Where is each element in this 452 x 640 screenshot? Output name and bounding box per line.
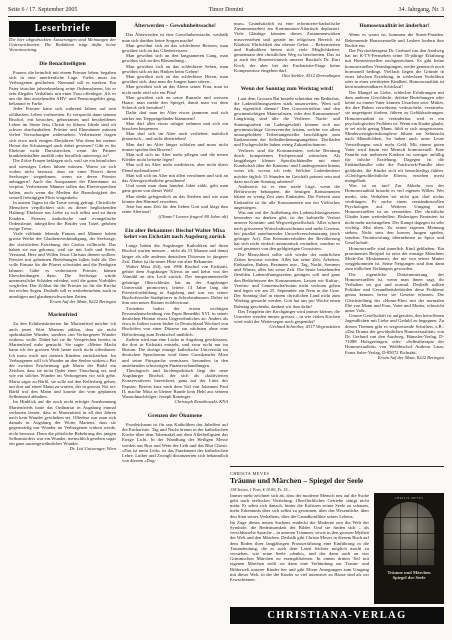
paragraph: Man soll sich im Alter mit allen versöhn… [122,173,228,183]
paragraph: Das Älterwerden ist eine Gewohnheitssach… [122,32,228,42]
book-advertisement: CHRISTA MEVES Träume und Märchen – Spieg… [230,466,444,624]
article-grenzen-continuation: mus». Grundsätzlich ist eine reformierte… [234,21,340,78]
paragraph: Was ist zu tun? Zur Abkehr von der Homos… [345,183,444,245]
article-body: Laut dem Grossen Rat besteht scheinbar e… [234,96,340,325]
article-signature: ((Name? Lenore fragen! 80 Jahre alt) [122,214,228,219]
article-body: Fronleichnam ist für uns Katholiken das … [122,422,228,464]
column-3: mus». Grundsätzlich ist eine reformierte… [234,21,340,462]
paragraph: Die eigentliche Diskriminierung der Homo… [345,272,444,314]
article-grenzen-der-oekumene: Grenzen der Ökumene Fronleichnam ist für… [122,413,228,464]
paragraph: Man gewöhnt sich an das schlechtere Sehe… [122,64,228,74]
editorial-disclaimer: Die hier abgedruckten Äusserungen sind M… [9,37,116,53]
article-body: Lange haben die Augsburger Katholiken au… [122,243,228,399]
article-signature: Erwin Auf der Maur, 8222 Beringen [9,299,116,304]
article-heading: Die Benachteiligten [11,61,114,67]
article-heading: Grenzen der Ökumene [124,413,226,419]
paragraph: Und wenn man dann hundert Jahre zählt, g… [122,183,228,193]
article-signature: Christoph Renzikowski, KNA [122,399,228,404]
article-body: Das Älterwerden ist eine Gewohnheitssach… [122,32,228,214]
column-1: Leserbriefe Die hier abgedruckten Äusser… [9,21,116,635]
paragraph: Man gewöhnt sich an den langsameren Gang… [122,53,228,63]
article-marienfried: Marienfried Zu den Echtheitskriterien fü… [9,312,116,451]
article-heading: Ein alter Bekannter: Bischof Walter Mixa… [124,228,226,241]
article-body: mus». Grundsätzlich ist eine reformierte… [234,21,340,73]
paragraph: Jetzt hat man Zeit für den lieben Gott u… [122,204,228,214]
paragraph: Man gewöhnt sich an das schlechtere Beis… [122,43,228,53]
ad-book-details: 138 Seiten, 1 Foto, € 10.80, Fr. 15.– [230,487,444,492]
paragraph: mus». Grundsätzlich ist eine reformierte… [234,21,340,73]
article-body: Frauen, die heimlich mit einem Priester … [9,70,116,299]
paragraph: Verlierer sind die Konsumenten, welche B… [234,148,340,184]
paragraph: Walter Mixa (64), seit 1996 Bischof von … [122,264,228,306]
book-cover-image: CHRISTA MEVES Träume und Märchen Spiegel… [374,493,444,604]
article-die-benachteiligten: Die Benachteiligten Frauen, die heimlich… [9,61,116,304]
paragraph: Theologisch und kirchenpolitisch liegt d… [122,368,228,399]
article-body: Zu den Echtheitskriterien für Marienfrie… [9,321,116,446]
section-title-leserbriefe: Leserbriefe [9,21,116,37]
publisher-banner: CHRISTIANA-VERLAG [230,607,444,624]
article-signature: Dr. Lisl Gutwenger, Wien [9,446,116,451]
cover-author-text: CHRISTA MEVES [374,493,444,500]
masthead-title: Timor Domini [0,7,452,14]
article-heading: Älterwerden – Gewohnheitssache! [124,23,226,29]
paragraph: Man soll im Alter mehr meditieren, aber … [122,162,228,172]
paragraph: Man denkt gelegentlich an das Sterben un… [122,194,228,204]
paragraph: Dafür darf man im Alter etwas jammern un… [122,110,228,120]
paragraph: Laut dem Grossen Rat besteht scheinbar e… [234,96,340,148]
paragraph: Man darf alles etwas ruhiger nehmen und … [122,121,228,131]
paragraph: Man darf sich im Alter auch verlieben, n… [122,131,228,141]
paragraph: Zu den Echtheitskriterien für Marienfrie… [9,321,116,399]
paragraph: Viele zölibatär lebende Frauen und Männe… [9,231,116,299]
article-homosexualitaet: Homosexualität ist änderbar! Wenn es war… [345,23,444,360]
issue-number: 34. Jahrgang, Nr. 3 [398,7,444,14]
paragraph: Im Hinblick auf die noch nicht erfolgte … [9,399,116,446]
ad-book-title: Träume und Märchen – Spiegel der Seele [230,477,444,485]
paragraph: Lange haben die Augsburger Katholiken au… [122,243,228,264]
paragraph: Anderseits ist es eine totale Lüge, wenn… [234,184,340,210]
paragraph: Man gewöhnt sich an das schlechtere Höre… [122,74,228,84]
article-sonntag-werktag: Wenn der Sonntag zum Werktag wird! Laut … [234,86,340,329]
cover-title-line2: Spiegel der Seele [374,575,444,580]
paragraph: In unsern Tagen ist die Treue wenig gefr… [9,200,116,231]
paragraph: Trotzdem haftet der ersten wichtigen Per… [122,306,228,337]
paragraph: Der Psychotherapeut Dr. Gerhard van den … [345,48,444,90]
article-heading: Homosexualität ist änderbar! [347,23,442,29]
paragraph: Die Zöfra-Frauen beklagen sich, weil sie… [9,158,116,200]
paragraph: Das Trüpplein der Kirchgänger wird immer… [234,309,340,325]
paragraph: Jeder Priester kann sich während Jahren … [9,106,116,158]
paragraph: Wenn es warm ist, kommen die Street-Para… [345,32,444,48]
paragraph: Zudem wird nun eine Lücke in Augsburg ge… [122,337,228,368]
article-aelterwerden: Älterwerden – Gewohnheitssache! Das Älte… [122,23,228,220]
paragraph: Fronleichnam ist für uns Katholiken das … [122,422,228,464]
article-heading: Marienfried [11,312,114,318]
paragraph: Die Menschheit sollte sich wieder der na… [234,252,340,309]
article-signature: Erwin Auf der Maur, 8222 Beringen [345,355,444,360]
paragraph: Man soll sich im Alter mehr pflegen und … [122,152,228,162]
article-signature: Otto Stebler, 4512 Derendingen [234,73,340,78]
newspaper-page: { "colors": { "paper": "#faf9f5", "ink":… [0,0,452,640]
paragraph: Man gewöhnt sich an das Altern seiner Fr… [122,84,228,94]
paragraph: Unsere Gesellschaft ist aufgerufen, den … [345,313,444,355]
column-4: Homosexualität ist änderbar! Wenn es war… [345,21,444,464]
cover-title-text: Träume und Märchen Spiegel der Seele [374,570,444,581]
stained-glass-window-graphic [383,502,435,566]
paragraph: Man gewöhnt sich an seine Runzeln und we… [122,95,228,111]
paragraph: Der Mangel an Liebe, schlechte Erfahrung… [345,90,444,184]
paragraph: Homosexuelle sind innerlich Kind geblieb… [345,246,444,272]
article-body: Wenn es warm ist, kommen die Street-Para… [345,32,444,355]
column-2: Älterwerden – Gewohnheitssache! Das Älte… [122,21,228,638]
article-heading: Wenn der Sonntag zum Werktag wird! [236,86,338,92]
paragraph: Man darf im Alter länger schlafen und mu… [122,142,228,152]
paragraph: Was mir mit der Aufhebung des Ladenschlu… [234,210,340,252]
article-bischof-mixa: Ein alter Bekannter: Bischof Walter Mixa… [122,228,228,405]
article-signature: Gerhard Schreiber, 4317 Wegenstetten [234,324,340,329]
paragraph: Frauen, die heimlich mit einem Priester … [9,70,116,106]
header-rule [8,16,444,17]
